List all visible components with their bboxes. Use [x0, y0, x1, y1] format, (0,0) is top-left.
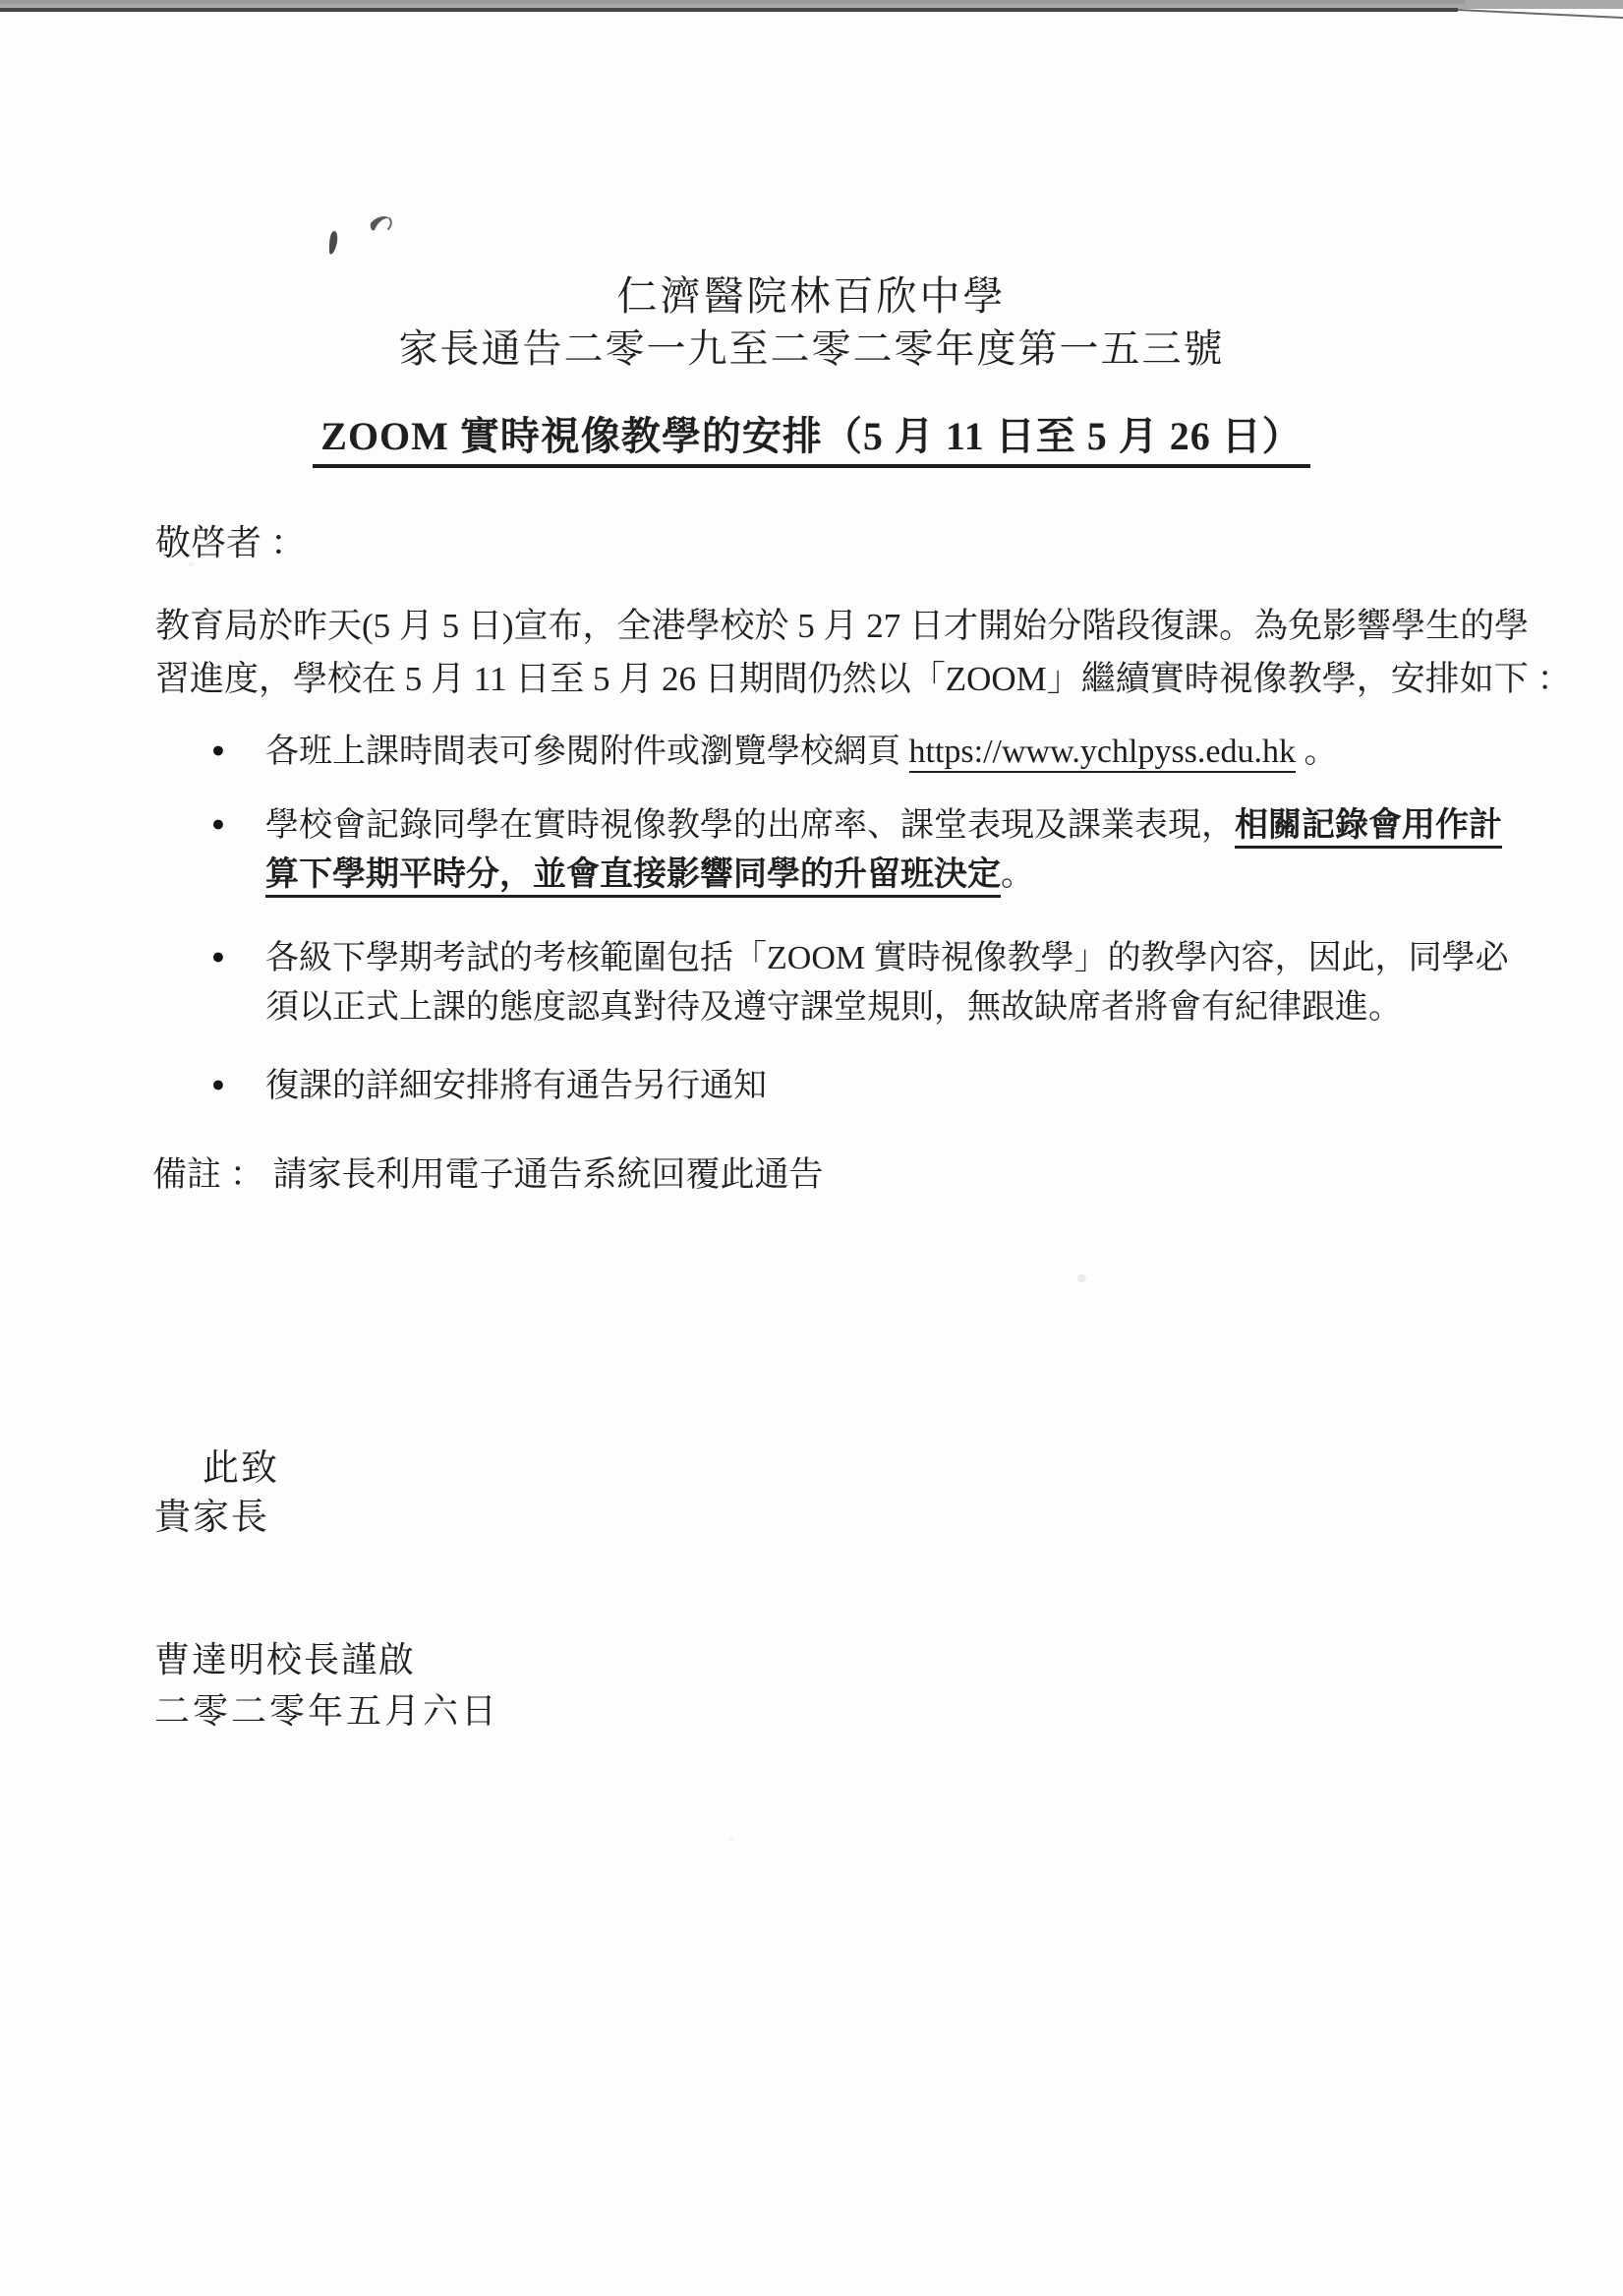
bullet-text-line-1: 學校會記錄同學在實時視像教學的出席率、課堂表現及課業表現，相關記錄會用作計	[265, 801, 1497, 851]
scan-speck	[1077, 1274, 1086, 1282]
bullet-item-records: ● 學校會記錄同學在實時視像教學的出席率、課堂表現及課業表現，相關記錄會用作計 …	[209, 801, 1497, 900]
bullet2-end-text: 。	[1001, 856, 1034, 893]
intro-line-1: 教育局於昨天(5 月 5 日)宣布，全港學校於 5 月 27 日才開始分階段復課…	[155, 600, 1488, 653]
bullet1-pre-text: 各班上課時間表可參閱附件或瀏覽學校網頁	[265, 734, 909, 770]
bullet2-normal-text: 學校會記錄同學在實時視像教學的出席率、課堂表現及課業表現，	[265, 807, 1235, 844]
bullet-icon: ●	[211, 738, 225, 761]
principal-signature: 曹達明校長謹啟	[154, 1632, 416, 1682]
remark-text: 請家長利用電子通告系統回覆此通告	[273, 1155, 824, 1194]
intro-line-2: 習進度，學校在 5 月 11 日至 5 月 26 日期間仍然以「ZOOM」繼續實…	[155, 653, 1488, 706]
scanned-notice-page: 仁濟醫院林百欣中學 家長通告二零一九至二零二零年度第一五三號 ZOOM 實時視像…	[0, 0, 1623, 2296]
bullet-item-resumption: ● 復課的詳細安排將有通告另行通知	[209, 1062, 1497, 1111]
emphasis-text: 相關記錄會用作計	[1235, 807, 1502, 849]
bullet-item-exam-scope: ● 各級下學期考試的考核範圍包括「ZOOM 實時視像教學」的教學內容，因此，同學…	[209, 934, 1497, 1032]
bullet-text: 復課的詳細安排將有通告另行通知	[265, 1062, 1497, 1111]
bullet-text-line-2: 須以正式上課的態度認真對待及遵守課堂規則，無故缺席者將會有紀律跟進。	[265, 983, 1497, 1032]
remark-label: 備註 ：	[152, 1155, 264, 1194]
bullet-icon: ●	[211, 812, 225, 835]
valediction: 此致	[203, 1438, 279, 1491]
addressee: 貴家長	[154, 1487, 269, 1540]
bullet1-post-text: 。	[1296, 734, 1338, 770]
notice-date: 二零二零年五月六日	[154, 1683, 499, 1734]
bullet-text: 各班上課時間表可參閱附件或瀏覽學校網頁 https://www.ychlpyss…	[265, 728, 1497, 777]
intro-paragraph: 教育局於昨天(5 月 5 日)宣布，全港學校於 5 月 27 日才開始分階段復課…	[155, 600, 1488, 706]
school-url-link[interactable]: https://www.ychlpyss.edu.hk	[909, 734, 1297, 773]
bullet-text-line-1: 各級下學期考試的考核範圍包括「ZOOM 實時視像教學」的教學內容，因此，同學必	[265, 934, 1497, 983]
bullet-text-line-2: 算下學期平時分，並會直接影響同學的升留班決定。	[265, 851, 1497, 900]
school-name: 仁濟醫院林百欣中學	[0, 264, 1623, 322]
notice-number: 家長通告二零一九至二零二零年度第一五三號	[0, 318, 1623, 374]
salutation: 敬啓者 ：	[155, 515, 306, 565]
notice-title: ZOOM 實時視像教學的安排（5 月 11 日至 5 月 26 日）	[313, 414, 1309, 468]
remark-line: 備註 ： 請家長利用電子通告系統回覆此通告	[152, 1148, 824, 1202]
bullet-icon: ●	[211, 1073, 225, 1095]
bullet-icon: ●	[211, 945, 225, 968]
pen-scribble-icon	[317, 206, 411, 267]
scanner-edge-band	[0, 0, 1623, 24]
notice-title-row: ZOOM 實時視像教學的安排（5 月 11 日至 5 月 26 日）	[0, 414, 1623, 468]
scan-speck	[728, 1837, 734, 1842]
emphasis-text: 算下學期平時分，並會直接影響同學的升留班決定	[265, 856, 1001, 898]
bullet-item-timetable: ● 各班上課時間表可參閱附件或瀏覽學校網頁 https://www.ychlpy…	[209, 728, 1497, 777]
